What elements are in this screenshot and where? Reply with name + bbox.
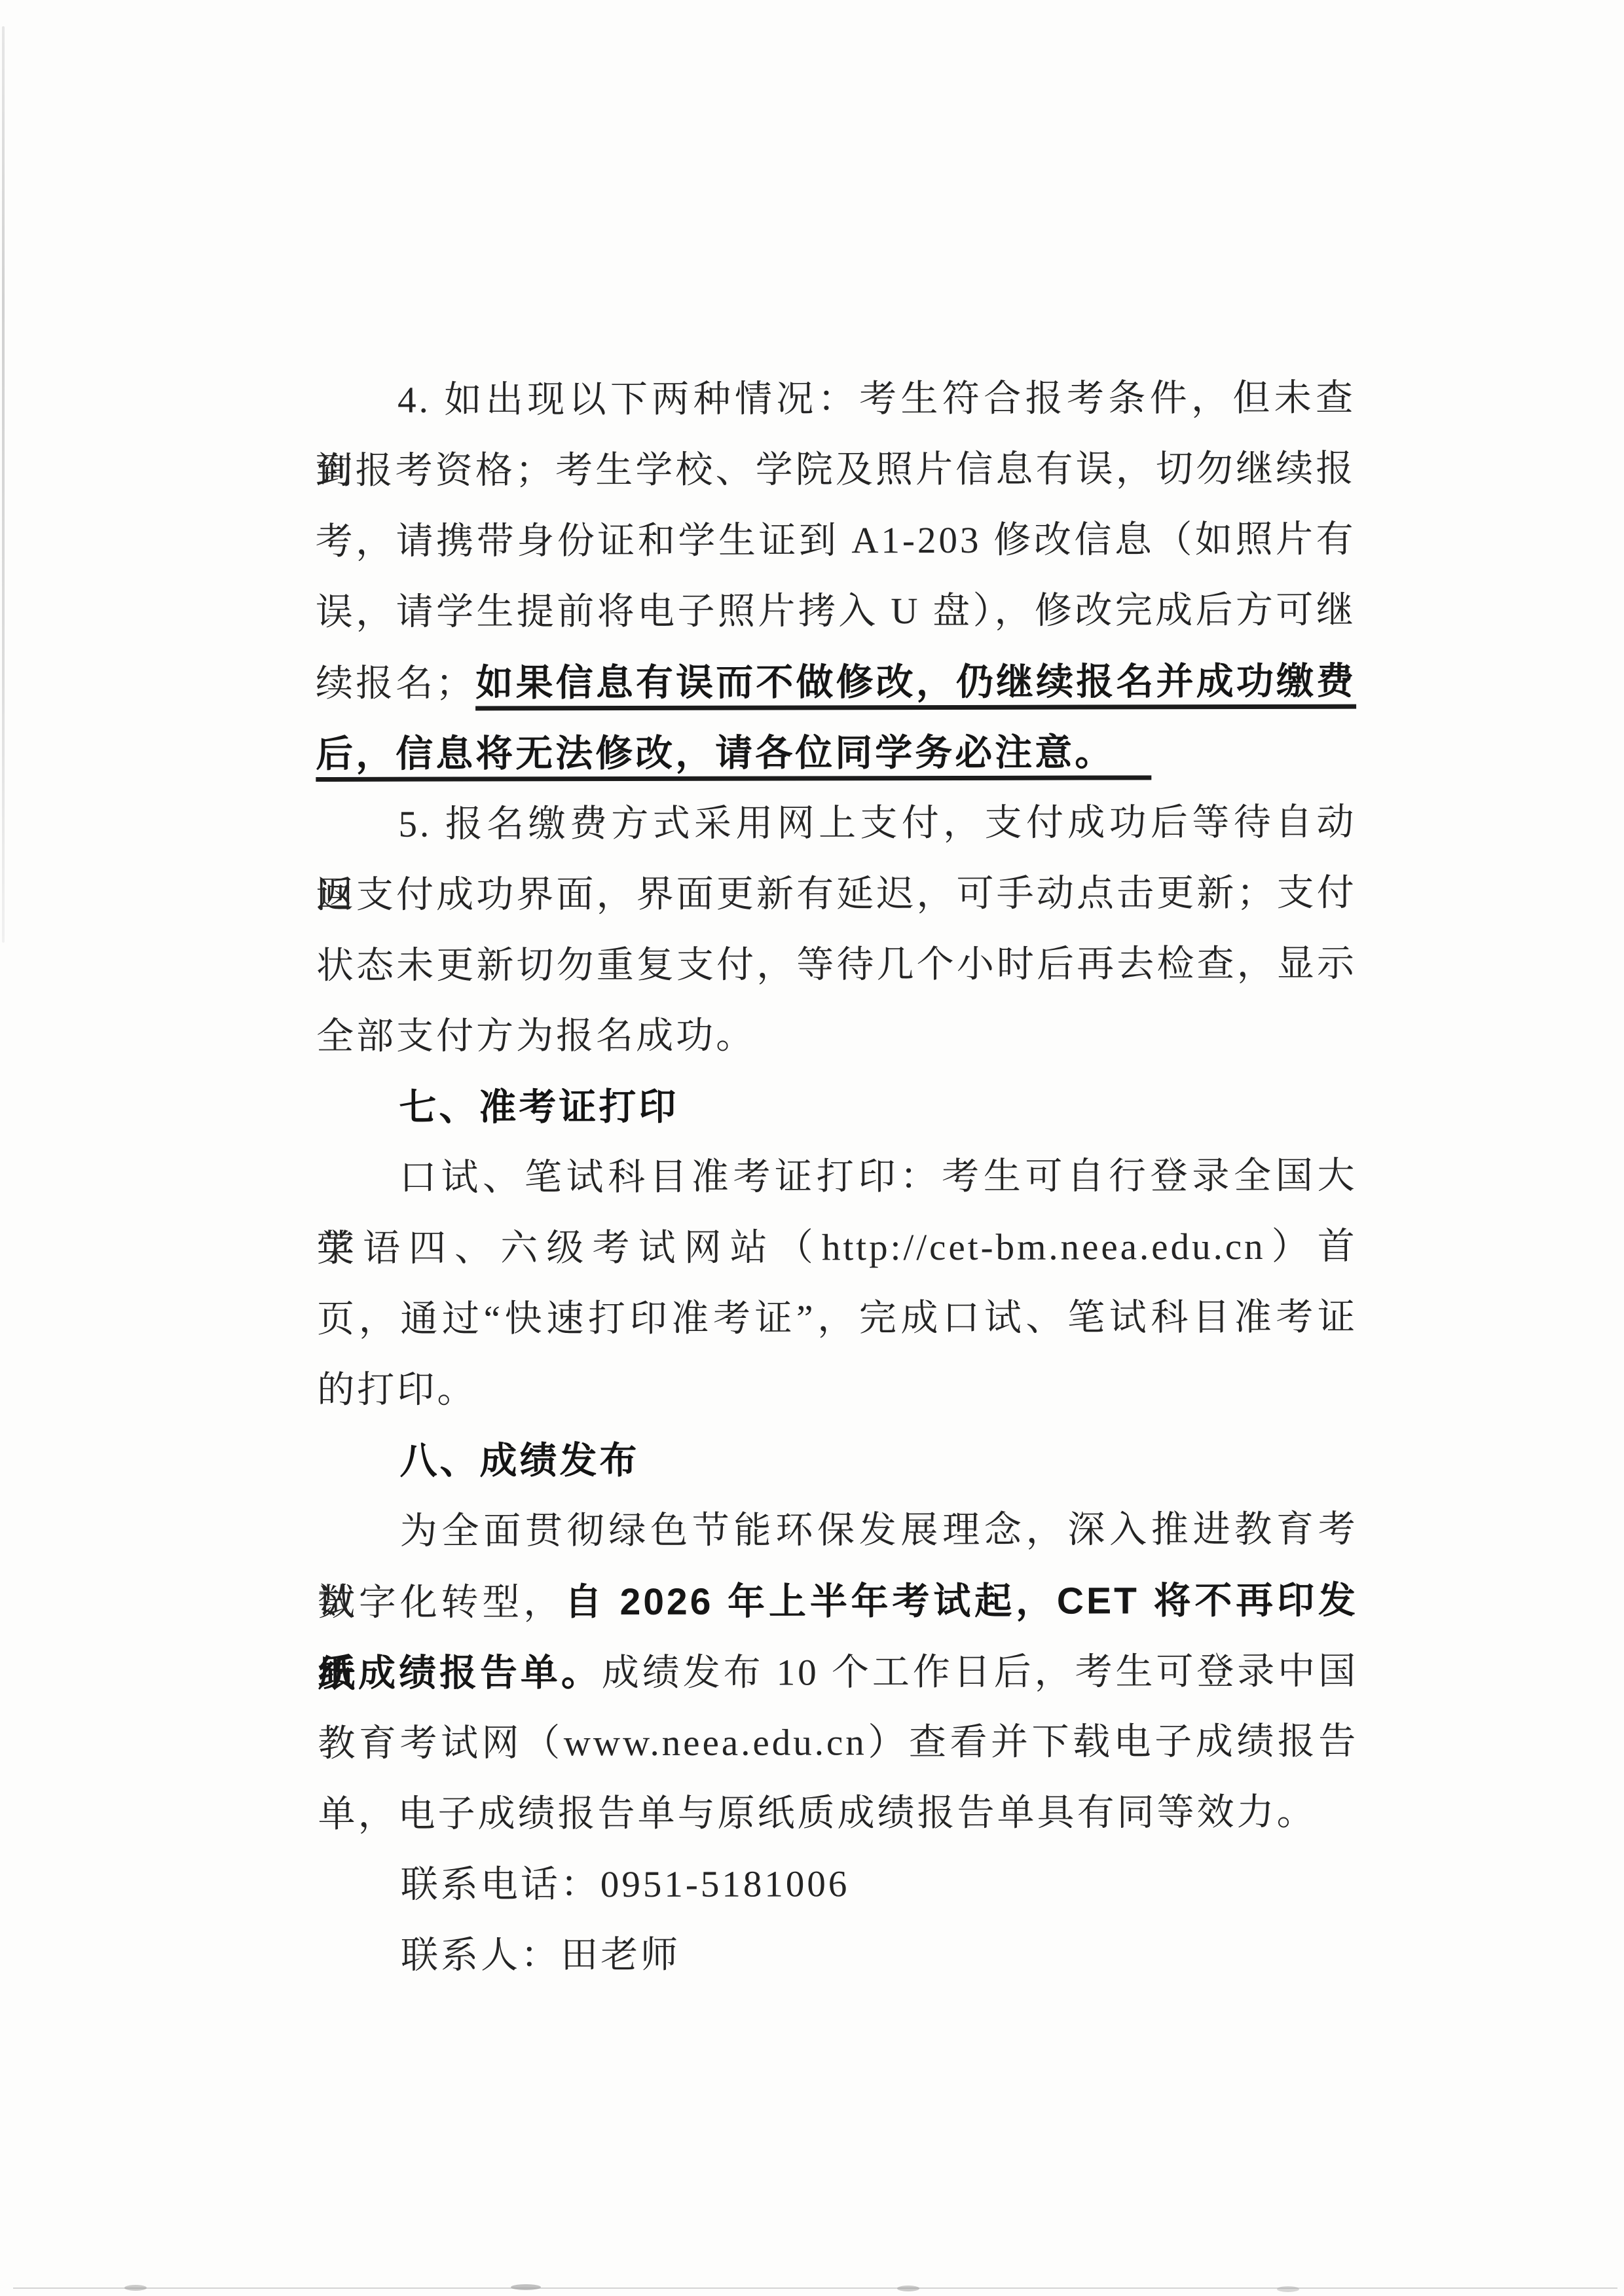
- text-segment: 的打印。: [317, 1369, 477, 1411]
- text-line: 续报名；如果信息有误而不做修改，仍继续报名并成功缴费: [316, 646, 1356, 719]
- text-line: 英语四、六级考试网站（http://cet-bm.neea.edu.cn）首: [317, 1212, 1357, 1285]
- text-line: 数字化转型，自 2026 年上半年考试起，CET 将不再印发纸: [318, 1565, 1358, 1638]
- text-line: 七、准考证打印: [316, 1070, 1357, 1143]
- scan-artifact-bottom-edge: [13, 2287, 1617, 2289]
- text-segment: 数字化转型，: [318, 1582, 564, 1624]
- text-segment: 质成绩报告单。: [318, 1652, 602, 1694]
- text-segment: 成绩发布 10 个工作日后，考生可登录中国: [602, 1651, 1359, 1694]
- scan-artifact-smudge: [124, 2285, 147, 2291]
- text-line: 后，信息将无法修改，请各位同学务必注意。: [316, 717, 1356, 790]
- text-segment: 状态未更新切勿重复支付，等待几个小时后再去检查，显示: [316, 943, 1357, 987]
- text-line: 页，通过“快速打印准考证”，完成口试、笔试科目准考证: [317, 1283, 1357, 1355]
- text-segment: 页，通过“快速打印准考证”，完成口试、笔试科目准考证: [317, 1297, 1357, 1340]
- text-line: 联系人：田老师: [318, 1919, 1359, 1992]
- text-segment: 全部支付方为报名成功。: [316, 1015, 756, 1057]
- text-line: 4. 如出现以下两种情况：考生符合报考条件，但未查询: [315, 363, 1356, 436]
- text-line: 单，电子成绩报告单与原纸质成绩报告单具有同等效力。: [318, 1777, 1359, 1850]
- text-line: 全部支付方为报名成功。: [316, 1000, 1357, 1072]
- text-line: 八、成绩发布: [317, 1424, 1357, 1497]
- text-line: 的打印。: [317, 1353, 1357, 1426]
- text-line: 状态未更新切勿重复支付，等待几个小时后再去检查，显示: [316, 929, 1357, 1002]
- scan-artifact-left-edge: [2, 26, 5, 943]
- text-line: 到报考资格；考生学校、学院及照片信息有误，切勿继续报: [315, 434, 1356, 507]
- text-segment: 后，信息将无法修改，请各位同学务必注意。: [316, 731, 1151, 782]
- text-line: 为全面贯彻绿色节能环保发展理念，深入推进教育考试: [318, 1495, 1358, 1567]
- text-line: 5. 报名缴费方式采用网上支付，支付成功后等待自动返: [316, 788, 1356, 860]
- text-segment: 联系人：田老师: [401, 1935, 680, 1977]
- text-line: 联系电话：0951-5181006: [318, 1848, 1359, 1921]
- text-line: 考，请携带身份证和学生证到 A1-203 修改信息（如照片有: [315, 505, 1356, 577]
- text-segment: 单，电子成绩报告单与原纸质成绩报告单具有同等效力。: [318, 1792, 1317, 1835]
- text-line: 质成绩报告单。成绩发布 10 个工作日后，考生可登录中国: [318, 1636, 1358, 1709]
- scanned-document-page: 4. 如出现以下两种情况：考生符合报考条件，但未查询到报考资格；考生学校、学院及…: [0, 0, 1624, 2296]
- text-line: 口试、笔试科目准考证打印：考生可自行登录全国大学: [316, 1141, 1357, 1214]
- text-line: 误，请学生提前将电子照片拷入 U 盘），修改完成后方可继: [316, 575, 1356, 648]
- text-line: 回支付成功界面，界面更新有延迟，可手动点击更新；支付: [316, 858, 1357, 931]
- text-segment: 续报名；: [316, 663, 476, 704]
- text-segment: 回支付成功界面，界面更新有延迟，可手动点击更新；支付: [316, 873, 1357, 916]
- text-segment: 到报考资格；考生学校、学院及照片信息有误，切勿继续报: [315, 448, 1356, 492]
- document-body: 4. 如出现以下两种情况：考生符合报考条件，但未查询到报考资格；考生学校、学院及…: [315, 363, 1359, 1992]
- section-heading: 八、成绩发布: [399, 1440, 639, 1482]
- section-heading: 七、准考证打印: [399, 1086, 678, 1129]
- text-segment: 考，请携带身份证和学生证到 A1-203 修改信息（如照片有: [315, 519, 1356, 562]
- text-segment: 教育考试网（www.neea.edu.cn）查看并下载电子成绩报告: [318, 1721, 1358, 1764]
- text-segment: 误，请学生提前将电子照片拷入 U 盘），修改完成后方可继: [316, 590, 1356, 633]
- text-segment: 英语四、六级考试网站（http://cet-bm.neea.edu.cn）首: [317, 1226, 1357, 1269]
- text-line: 教育考试网（www.neea.edu.cn）查看并下载电子成绩报告: [318, 1707, 1358, 1779]
- scan-artifact-smudge: [1277, 2286, 1299, 2292]
- scan-artifact-smudge: [511, 2284, 541, 2290]
- text-segment: 联系电话：0951-5181006: [401, 1863, 850, 1905]
- text-segment: 如果信息有误而不做修改，仍继续报名并成功缴费: [475, 661, 1356, 711]
- scan-artifact-smudge: [897, 2286, 919, 2291]
